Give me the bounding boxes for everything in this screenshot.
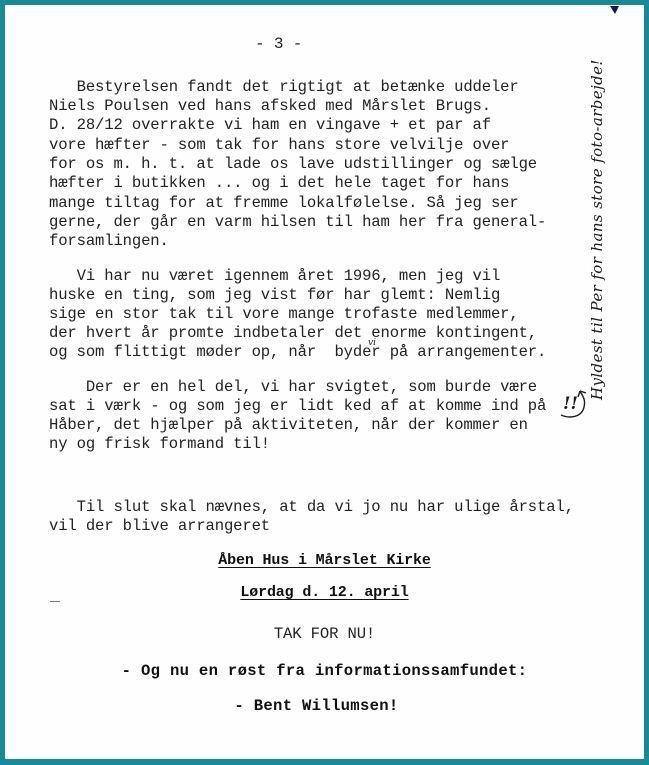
text-line: sat i værk - og som jeg er lidt ked af a…	[49, 397, 546, 416]
text-line: for os m. h. t. at lade os lave udstilli…	[49, 155, 537, 174]
text-line: mange tiltag for at fremme lokalfølelse.…	[49, 194, 519, 213]
text-line: Der er en hel del, vi har svigtet, som b…	[49, 378, 537, 397]
page-number: - 3 -	[255, 35, 302, 54]
corner-mark	[610, 6, 619, 14]
text-line: Bestyrelsen fandt det rigtigt at betænke…	[49, 78, 519, 97]
text-line: sige en stor tak til vore mange trofaste…	[49, 305, 519, 324]
text-line: der hvert år promte indbetaler det enorm…	[49, 324, 537, 343]
text-line: Vi har nu været igennem året 1996, men j…	[49, 267, 500, 286]
text-line: gerne, der går en varm hilsen til ham he…	[49, 213, 546, 232]
handwritten-arrow-icon	[560, 385, 590, 435]
document-page: - 3 - Bestyrelsen fandt det rigtigt at b…	[5, 5, 644, 759]
text-line: vil der blive arrangeret	[49, 517, 270, 536]
text-line: forsamlingen.	[49, 232, 169, 251]
text-line: Niels Poulsen ved hans afsked med Mårsle…	[49, 97, 491, 116]
text-line: og som flittigt møder op, når byder på a…	[49, 343, 546, 362]
text-line: Håber, det hjælper på aktiviteten, når d…	[49, 416, 528, 435]
text-line: hæfter i butikken ... og i det hele tage…	[49, 174, 509, 193]
event-title: Åben Hus i Mårslet Kirke	[5, 551, 644, 570]
closing-text: TAK FOR NU!	[5, 625, 644, 644]
text-line: Til slut skal nævnes, at da vi jo nu har…	[49, 498, 574, 517]
text-line: D. 28/12 overrakte vi ham en vingave + e…	[49, 116, 491, 135]
handwritten-margin-note: Hyldest til Per for hans store foto-arbe…	[588, 59, 606, 400]
handover-text: - Og nu en røst fra informationssamfunde…	[5, 662, 644, 681]
text-line: vore hæfter - som tak for hans store vel…	[49, 136, 509, 155]
scan-speck	[50, 601, 60, 602]
text-line: ny og frisk formand til!	[49, 435, 270, 454]
event-date: Lørdag d. 12. april	[5, 583, 644, 602]
text-line: huske en ting, som jeg vist før har glem…	[49, 286, 500, 305]
next-speaker: - Bent Willumsen!	[5, 697, 636, 716]
handwritten-insertion: vi	[368, 338, 376, 348]
